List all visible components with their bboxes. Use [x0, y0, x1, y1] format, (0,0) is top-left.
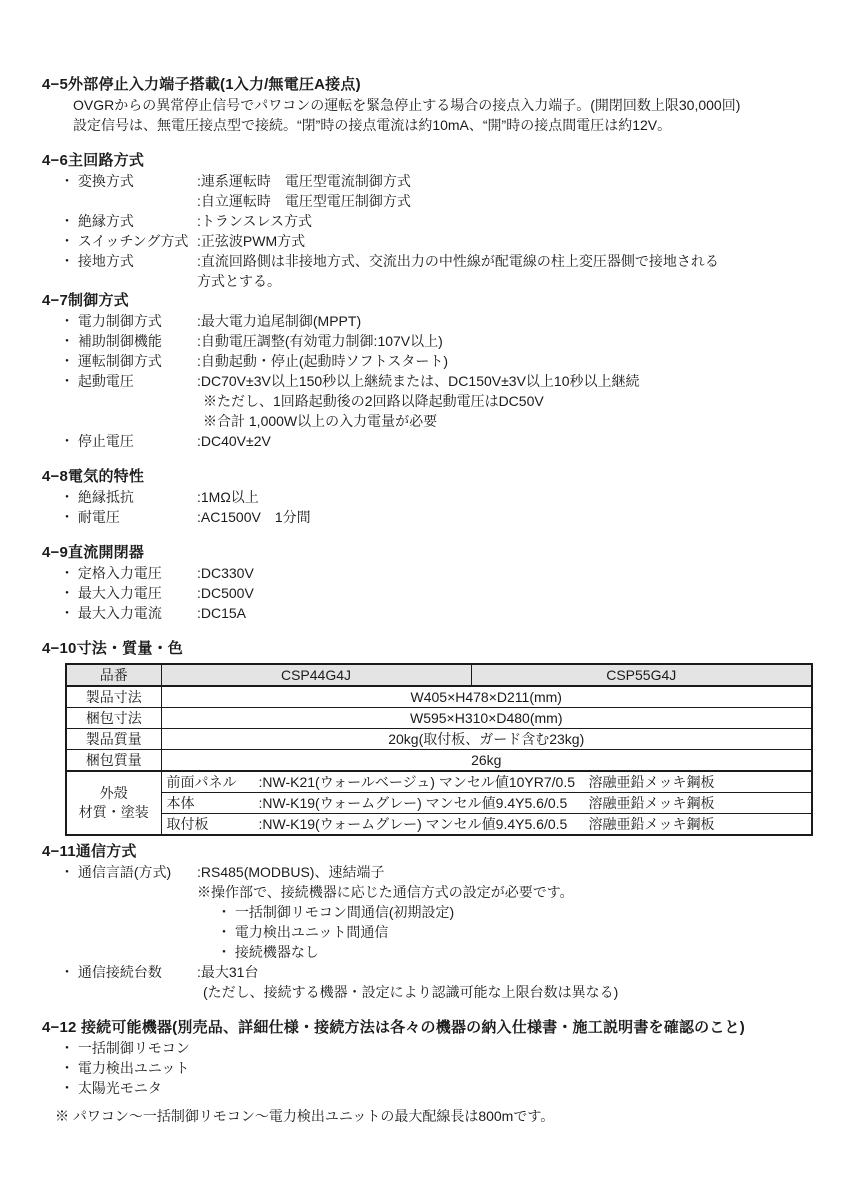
max-wiring-length-note: ※ パワコン〜一括制御リモコン〜電力検出ユニットの最大配線長は800mです。	[55, 1106, 813, 1126]
section-4-5-line1: OVGRからの異常停止信号でパワコンの運転を緊急停止する場合の接点入力端子。(開…	[73, 95, 813, 115]
spec-label: ・ 起動電圧	[60, 371, 197, 431]
spec-value: :直流回路側は非接地方式、交流出力の中性線が配電線の柱上変圧器側で接地される 方…	[197, 251, 813, 291]
value-line: :DC40V±2V	[197, 431, 813, 451]
comm-mode-option: ・ 電力検出ユニット間通信	[197, 922, 813, 942]
section-4-6-heading: 4−6主回路方式	[42, 151, 813, 171]
shell-row: 取付板 :NW-K19(ウォームグレー) マンセル値9.4Y5.6/0.5 溶融…	[162, 814, 812, 834]
spec-document: 4−5外部停止入力端子搭載(1入力/無電圧A接点) OVGRからの異常停止信号で…	[0, 0, 849, 1146]
shell-part: 前面パネル	[167, 772, 259, 792]
shell-label-line1: 外殻	[67, 784, 161, 803]
spec-value: :最大31台 (ただし、接続する機器・設定により認識可能な上限台数は異なる)	[197, 962, 813, 1002]
row-label: 梱包寸法	[66, 708, 161, 729]
spec-value: :正弦波PWM方式	[197, 231, 813, 251]
spec-item-comm-language: ・ 通信言語(方式) :RS485(MODBUS)、速結端子 ※操作部で、接続機…	[60, 862, 813, 962]
section-connectable-devices: 4−12 接続可能機器(別売品、詳細仕様・接続方法は各々の機器の納入仕様書・施工…	[42, 1018, 813, 1098]
section-4-10-heading: 4−10寸法・質量・色	[42, 639, 813, 659]
spec-value: :自動電圧調整(有効電力制御:107V以上)	[197, 331, 813, 351]
value-line: :連系運転時 電圧型電流制御方式	[197, 171, 813, 191]
spec-item-power-control: ・ 電力制御方式 :最大電力追尾制御(MPPT)	[60, 311, 813, 331]
section-4-9-heading: 4−9直流開閉器	[42, 543, 813, 563]
spec-label: ・ 電力制御方式	[60, 311, 197, 331]
section-external-stop-terminal: 4−5外部停止入力端子搭載(1入力/無電圧A接点) OVGRからの異常停止信号で…	[42, 75, 813, 135]
spec-label: ・ 絶縁抵抗	[60, 487, 197, 507]
table-row-shell-front-panel: 外殻 材質・塗装 前面パネル :NW-K21(ウォールベージュ) マンセル値10…	[66, 771, 812, 793]
value-note: ※操作部で、接続機器に応じた通信方式の設定が必要です。	[197, 882, 813, 902]
section-4-8-heading: 4−8電気的特性	[42, 467, 813, 487]
dimensions-table: 品番 CSP44G4J CSP55G4J 製品寸法 W405×H478×D211…	[65, 663, 813, 836]
value-note: (ただし、接続する機器・設定により認識可能な上限台数は異なる)	[197, 982, 813, 1002]
value-note: ※ただし、1回路起動後の2回路以降起動電圧はDC50V	[197, 391, 813, 411]
shell-row-cell: 取付板 :NW-K19(ウォームグレー) マンセル値9.4Y5.6/0.5 溶融…	[161, 814, 812, 836]
section-control-method: 4−7制御方式 ・ 電力制御方式 :最大電力追尾制御(MPPT) ・ 補助制御機…	[42, 291, 813, 451]
value-line: :自動起動・停止(起動時ソフトスタート)	[197, 351, 813, 371]
shell-row-cell: 前面パネル :NW-K21(ウォールベージュ) マンセル値10YR7/0.5 溶…	[161, 771, 812, 793]
shell-row: 前面パネル :NW-K21(ウォールベージュ) マンセル値10YR7/0.5 溶…	[162, 772, 812, 792]
spec-label: ・ 補助制御機能	[60, 331, 197, 351]
spec-item-comm-units: ・ 通信接続台数 :最大31台 (ただし、接続する機器・設定により認識可能な上限…	[60, 962, 813, 1002]
spec-label: ・ 最大入力電圧	[60, 583, 197, 603]
shell-part: 本体	[167, 793, 259, 813]
spec-label: ・ 耐電圧	[60, 507, 197, 527]
row-value: W595×H310×D480(mm)	[161, 708, 812, 729]
spec-value: :DC330V	[197, 563, 813, 583]
spec-label: ・ 定格入力電圧	[60, 563, 197, 583]
shell-material: 溶融亜鉛メッキ鋼板	[589, 793, 812, 813]
table-row-shell-body: 本体 :NW-K19(ウォームグレー) マンセル値9.4Y5.6/0.5 溶融亜…	[66, 793, 812, 814]
value-line: :最大電力追尾制御(MPPT)	[197, 311, 813, 331]
row-label: 梱包質量	[66, 750, 161, 772]
section-electrical-characteristics: 4−8電気的特性 ・ 絶縁抵抗 :1MΩ以上 ・ 耐電圧 :AC1500V 1分…	[42, 467, 813, 527]
spec-label: ・ 通信言語(方式)	[60, 862, 197, 962]
spec-label: ・ 通信接続台数	[60, 962, 197, 1002]
spec-value: :DC40V±2V	[197, 431, 813, 451]
shell-spec: :NW-K19(ウォームグレー) マンセル値9.4Y5.6/0.5	[259, 793, 589, 813]
spec-item-switching: ・ スイッチング方式 :正弦波PWM方式	[60, 231, 813, 251]
shell-material: 溶融亜鉛メッキ鋼板	[589, 772, 812, 792]
connectable-device-item: ・ 一括制御リモコン	[60, 1038, 813, 1058]
row-label: 製品寸法	[66, 686, 161, 708]
section-4-5-heading: 4−5外部停止入力端子搭載(1入力/無電圧A接点)	[42, 75, 813, 95]
value-line: :トランスレス方式	[197, 211, 813, 231]
spec-item-conversion: ・ 変換方式 :連系運転時 電圧型電流制御方式 :自立運転時 電圧型電圧制御方式	[60, 171, 813, 211]
comm-mode-option: ・ 接続機器なし	[197, 942, 813, 962]
spec-label: ・ 停止電圧	[60, 431, 197, 451]
section-4-12-heading: 4−12 接続可能機器(別売品、詳細仕様・接続方法は各々の機器の納入仕様書・施工…	[42, 1018, 813, 1038]
value-line: 方式とする。	[197, 271, 813, 291]
spec-item-grounding: ・ 接地方式 :直流回路側は非接地方式、交流出力の中性線が配電線の柱上変圧器側で…	[60, 251, 813, 291]
spec-label: ・ 最大入力電流	[60, 603, 197, 623]
spec-item-stop-voltage: ・ 停止電圧 :DC40V±2V	[60, 431, 813, 451]
spec-label: ・ 接地方式	[60, 251, 197, 291]
table-row-package-dimensions: 梱包寸法 W595×H310×D480(mm)	[66, 708, 812, 729]
value-line: :DC500V	[197, 583, 813, 603]
section-communication: 4−11通信方式 ・ 通信言語(方式) :RS485(MODBUS)、速結端子 …	[42, 842, 813, 1002]
shell-part: 取付板	[167, 814, 259, 834]
value-line: :自立運転時 電圧型電圧制御方式	[197, 191, 813, 211]
section-4-5-line2: 設定信号は、無電圧接点型で接続。“閉”時の接点電流は約10mA、“開”時の接点間…	[73, 115, 813, 135]
spec-item-run-control: ・ 運転制御方式 :自動起動・停止(起動時ソフトスタート)	[60, 351, 813, 371]
spec-value: :AC1500V 1分間	[197, 507, 813, 527]
spec-item-insulation-resistance: ・ 絶縁抵抗 :1MΩ以上	[60, 487, 813, 507]
section-4-7-heading: 4−7制御方式	[42, 291, 813, 311]
spec-value: :DC70V±3V以上150秒以上継続または、DC150V±3V以上10秒以上継…	[197, 371, 813, 431]
spec-value: :最大電力追尾制御(MPPT)	[197, 311, 813, 331]
spec-label: ・ スイッチング方式	[60, 231, 197, 251]
spec-item-withstand-voltage: ・ 耐電圧 :AC1500V 1分間	[60, 507, 813, 527]
spec-value: :トランスレス方式	[197, 211, 813, 231]
section-4-11-heading: 4−11通信方式	[42, 842, 813, 862]
connectable-device-item: ・ 太陽光モニタ	[60, 1078, 813, 1098]
header-model-csp55g4j: CSP55G4J	[471, 664, 812, 686]
spec-value: :DC15A	[197, 603, 813, 623]
header-model-csp44g4j: CSP44G4J	[161, 664, 471, 686]
spec-value: :自動起動・停止(起動時ソフトスタート)	[197, 351, 813, 371]
shell-row-cell: 本体 :NW-K19(ウォームグレー) マンセル値9.4Y5.6/0.5 溶融亜…	[161, 793, 812, 814]
spec-value: :RS485(MODBUS)、速結端子 ※操作部で、接続機器に応じた通信方式の設…	[197, 862, 813, 962]
value-line: :DC15A	[197, 603, 813, 623]
shell-material: 溶融亜鉛メッキ鋼板	[589, 814, 812, 834]
table-row-product-mass: 製品質量 20kg(取付板、ガード含む23kg)	[66, 729, 812, 750]
value-line: :RS485(MODBUS)、速結端子	[197, 862, 813, 882]
spec-item-insulation: ・ 絶縁方式 :トランスレス方式	[60, 211, 813, 231]
spec-label: ・ 変換方式	[60, 171, 197, 211]
section-dc-switch: 4−9直流開閉器 ・ 定格入力電圧 :DC330V ・ 最大入力電圧 :DC50…	[42, 543, 813, 623]
shell-material-label: 外殻 材質・塗装	[66, 771, 161, 835]
shell-row: 本体 :NW-K19(ウォームグレー) マンセル値9.4Y5.6/0.5 溶融亜…	[162, 793, 812, 813]
value-line: :自動電圧調整(有効電力制御:107V以上)	[197, 331, 813, 351]
row-label: 製品質量	[66, 729, 161, 750]
shell-spec: :NW-K21(ウォールベージュ) マンセル値10YR7/0.5	[259, 772, 589, 792]
value-line: :DC70V±3V以上150秒以上継続または、DC150V±3V以上10秒以上継…	[197, 371, 813, 391]
section-dimensions-mass-color: 4−10寸法・質量・色 品番 CSP44G4J CSP55G4J 製品寸法 W4…	[42, 639, 813, 836]
value-line: :直流回路側は非接地方式、交流出力の中性線が配電線の柱上変圧器側で接地される	[197, 251, 813, 271]
table-header-row: 品番 CSP44G4J CSP55G4J	[66, 664, 812, 686]
value-line: :AC1500V 1分間	[197, 507, 813, 527]
shell-label-line2: 材質・塗装	[67, 803, 161, 822]
table-row-product-dimensions: 製品寸法 W405×H478×D211(mm)	[66, 686, 812, 708]
table-row-package-mass: 梱包質量 26kg	[66, 750, 812, 772]
row-value: W405×H478×D211(mm)	[161, 686, 812, 708]
row-value: 20kg(取付板、ガード含む23kg)	[161, 729, 812, 750]
spec-item-rated-input-voltage: ・ 定格入力電圧 :DC330V	[60, 563, 813, 583]
spec-item-start-voltage: ・ 起動電圧 :DC70V±3V以上150秒以上継続または、DC150V±3V以…	[60, 371, 813, 431]
spec-value: :連系運転時 電圧型電流制御方式 :自立運転時 電圧型電圧制御方式	[197, 171, 813, 211]
spec-label: ・ 絶縁方式	[60, 211, 197, 231]
header-model-label: 品番	[66, 664, 161, 686]
spec-label: ・ 運転制御方式	[60, 351, 197, 371]
comm-mode-option: ・ 一括制御リモコン間通信(初期設定)	[197, 902, 813, 922]
section-main-circuit: 4−6主回路方式 ・ 変換方式 :連系運転時 電圧型電流制御方式 :自立運転時 …	[42, 151, 813, 291]
shell-spec: :NW-K19(ウォームグレー) マンセル値9.4Y5.6/0.5	[259, 814, 589, 834]
value-line: :DC330V	[197, 563, 813, 583]
spec-value: :1MΩ以上	[197, 487, 813, 507]
spec-value: :DC500V	[197, 583, 813, 603]
document-page: { "s45": { "heading": "4−5外部停止入力端子搭載(1入力…	[0, 0, 849, 1200]
row-value: 26kg	[161, 750, 812, 772]
spec-item-max-input-voltage: ・ 最大入力電圧 :DC500V	[60, 583, 813, 603]
spec-item-aux-control: ・ 補助制御機能 :自動電圧調整(有効電力制御:107V以上)	[60, 331, 813, 351]
connectable-device-item: ・ 電力検出ユニット	[60, 1058, 813, 1078]
value-line: :最大31台	[197, 962, 813, 982]
table-row-shell-mounting-plate: 取付板 :NW-K19(ウォームグレー) マンセル値9.4Y5.6/0.5 溶融…	[66, 814, 812, 836]
value-line: :正弦波PWM方式	[197, 231, 813, 251]
value-line: :1MΩ以上	[197, 487, 813, 507]
value-note: ※合計 1,000W以上の入力電量が必要	[197, 411, 813, 431]
spec-item-max-input-current: ・ 最大入力電流 :DC15A	[60, 603, 813, 623]
